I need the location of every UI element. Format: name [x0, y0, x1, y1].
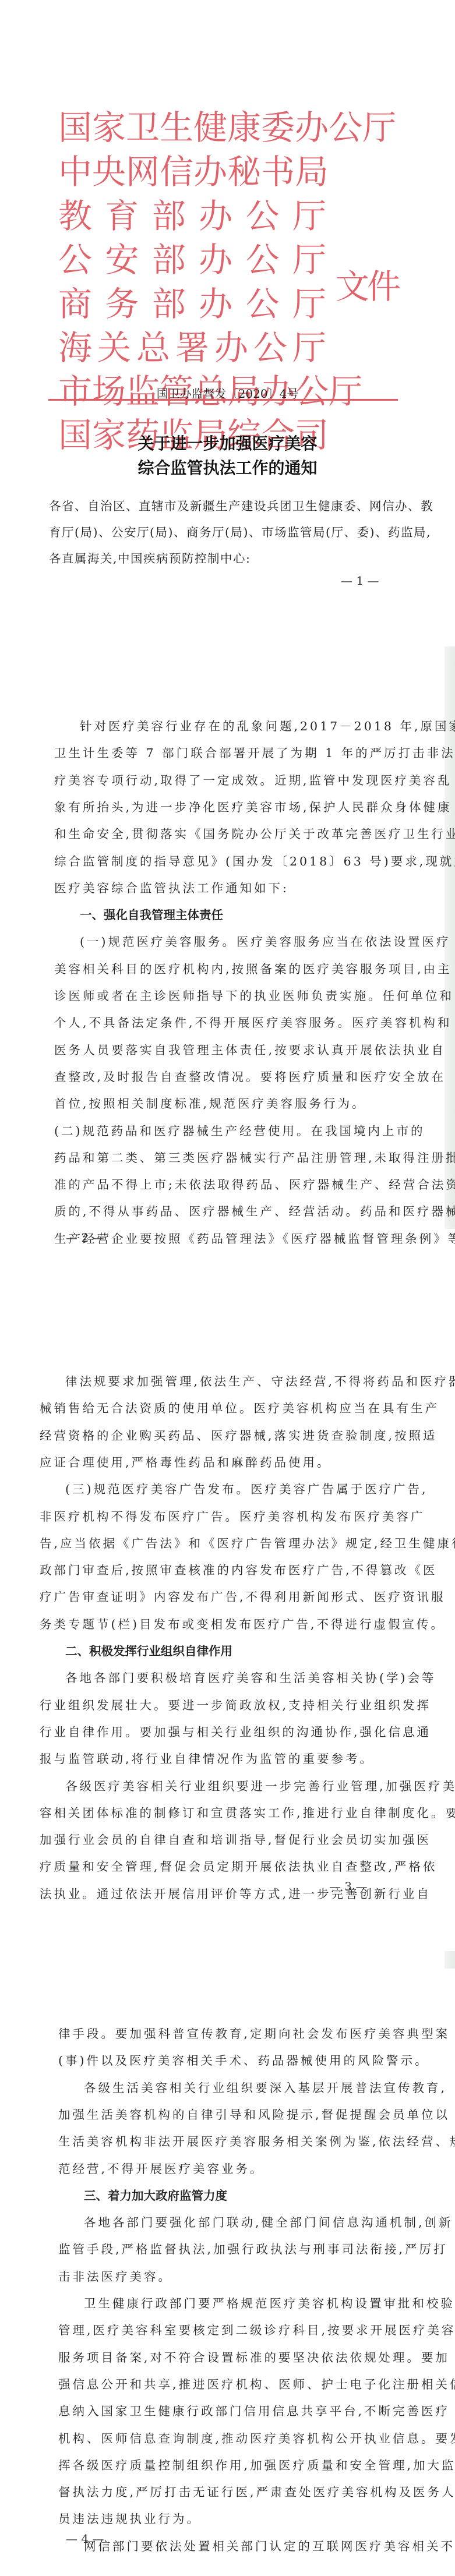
issuer-line: 公安部办公厅	[58, 242, 326, 278]
body-text-line: 卫生计生委等 7 部门联合部署开展了为期 1 年的严厉打击非法医	[54, 743, 455, 761]
issuer-char: 公	[246, 286, 280, 323]
page-3: 律法规要求加强管理,依法生产、守法经营,不得将药品和医疗器械销售给无合法资质的使…	[0, 1372, 455, 1896]
body-text-line: 强信息公开和共享,推进医疗机构、医师、护士电子化注册相关信	[58, 2374, 455, 2392]
body-text-line: 医务人员要落实自我管理主体责任,按要求认真开展依法执业自	[54, 1040, 446, 1058]
issuer-char: 海	[58, 330, 92, 366]
body-text-line: 告,应当依据《广告法》和《医疗广告管理办法》规定,经卫生健康行	[40, 1533, 455, 1551]
issuer-char: 办	[199, 242, 232, 278]
body-text-line: 应证合理使用,严格毒性药品和麻醉药品使用。	[40, 1453, 331, 1470]
issuer-char: 国	[58, 109, 92, 146]
issuer-char: 健	[193, 109, 227, 146]
page-number: — 4 —	[66, 2532, 104, 2546]
body-text-line: 诊医师或者在主诊医师指导下的执业医师负责实施。任何单位和	[54, 986, 454, 1003]
issuer-line: 教育部办公厅	[58, 198, 326, 235]
section-heading: 一、强化自我管理主体责任	[80, 905, 223, 923]
body-text-line: 综合监管制度的指导意见》(国办发〔2018〕63 号)要求,现就加强	[54, 851, 455, 869]
body-text-line: (一)规范医疗美容服务。医疗美容服务应当在依法设置医疗	[80, 932, 451, 949]
body-text-line: 非医疗机构不得发布医疗广告。医疗美容机构发布医疗美容广	[40, 1507, 425, 1524]
body-text-line: 机构、医师信息查询制度,推动医疗美容机构公开执业信息。要发	[58, 2429, 455, 2446]
body-text-line: 政部门审查后,按照审查核准的内容发布医疗广告,不得篡改《医	[40, 1560, 438, 1578]
body-text-line: 和生命安全,贯彻落实《国务院办公厅关于改革完善医疗卫生行业	[54, 824, 455, 842]
addressee-line: 各省、自治区、直辖市及新疆生产建设兵团卫生健康委、网信办、教	[49, 496, 433, 514]
issuer-char: 安	[105, 242, 139, 278]
issuer-char: 关	[97, 330, 131, 366]
body-text-line: 挥各级医疗质量控制组织作用,加强医疗质量和安全管理,加大监	[58, 2455, 455, 2473]
issuer-char: 办	[193, 154, 227, 190]
body-text-line: 医疗美容综合监管执法工作通知如下:	[54, 878, 289, 896]
red-rule-divider	[48, 399, 398, 401]
addressee-line: 各直属海关,中国疾病预防控制中心:	[49, 549, 251, 566]
issuer-line: 国家卫生健康委办公厅	[58, 109, 326, 146]
issuer-char: 部	[152, 198, 186, 235]
page-1: 国家卫生健康委办公厅 中央网信办秘书局 教育部办公厅 公安部办公厅 商务部办公厅…	[0, 0, 455, 588]
body-text-line: 查整改,及时报告自查整改情况。要将医疗质量和医疗安全放在	[54, 1067, 446, 1084]
issuer-char: 署	[175, 330, 209, 366]
issuer-char: 康	[227, 109, 261, 146]
body-text-line: (二)规范药品和医疗器械生产经营使用。在我国境内上市的	[54, 1121, 425, 1139]
issuer-char: 厅	[292, 198, 326, 235]
issuer-char: 厅	[292, 330, 326, 366]
body-text-line: (三)规范医疗美容广告发布。医疗美容广告属于医疗广告,	[65, 1479, 428, 1497]
addressee-line: 育厅(局)、公安厅(局)、商务厅(局)、市场监管局(厅、委)、药监局,	[49, 522, 431, 540]
body-text-line: 象有所抬头,为进一步净化医疗美容市场,保护人民群众身体健康	[54, 797, 452, 815]
issuer-char: 公	[329, 109, 362, 146]
body-text-line: 行业组织发展壮大。要进一步简政放权,支持相关行业组织发挥	[40, 1695, 431, 1713]
body-text-line: 各地各部门要积极培育医疗美容和生活美容相关协(学)会等	[65, 1668, 436, 1685]
issuer-char: 央	[92, 154, 126, 190]
body-text-line: 加强生活美容机构的自律引导和风险提示,督促提醒会员单位以	[58, 2105, 450, 2122]
issuer-char: 网	[126, 154, 160, 190]
body-text-line: 报与监管联动,将行业自律情况作为监管的重要参考。	[40, 1749, 374, 1766]
issuer-char: 卫	[126, 109, 160, 146]
issuer-char: 厅	[292, 242, 326, 278]
body-text-line: 管理,医疗美容科室要核定到二级诊疗科目,按要求开展医疗美容	[58, 2320, 455, 2338]
body-text-line: 针对医疗美容行业存在的乱象问题,2017－2018 年,原国家	[80, 716, 455, 734]
body-text-line: 各地各部门要强化部门联动,健全部门间信息沟通机制,创新	[84, 2213, 453, 2230]
issuer-char: 办	[199, 286, 232, 323]
body-text-line: (事)件以及医疗美容相关手术、药品器械使用的风险警示。	[58, 2051, 429, 2068]
issuer-char: 厅	[362, 109, 396, 146]
issuer-char: 家	[92, 109, 126, 146]
body-text-line: 个人,不具备法定条件,不得开展医疗美容服务。医疗美容机构和	[54, 1013, 452, 1030]
body-text-line: 疗质量和安全管理,督促会员定期开展依法执业自查整改,严格依	[40, 1857, 438, 1874]
body-text-line: 法执业。通过依法开展信用评价等方式,进一步完善创新行业自	[40, 1884, 431, 1902]
body-text-line: 督执法力度,严厉打击无证行医,严肃查处医疗美容机构及医务人	[58, 2482, 455, 2500]
issuer-char: 办	[214, 330, 248, 366]
body-text-line: 各级医疗美容相关行业组织要进一步完善行业管理,加强医疗美	[65, 1776, 455, 1794]
body-text-line: 药品和第二类、第三类医疗器械实行产品注册管理,未取得注册批	[54, 1148, 455, 1165]
body-text-line: 律手段。要加强科普宣传教育,定期向社会发布医疗美容典型案	[58, 2024, 450, 2041]
issuer-char: 公	[246, 242, 280, 278]
page-4: 律手段。要加强科普宣传教育,定期向社会发布医疗美容典型案(事)件以及医疗美容相关…	[0, 2024, 455, 2548]
body-text-line: 范经营,不得开展医疗美容业务。	[58, 2159, 264, 2176]
page-2: 针对医疗美容行业存在的乱象问题,2017－2018 年,原国家卫生计生委等 7 …	[0, 716, 455, 1241]
page-number: — 2 —	[66, 1231, 104, 1245]
body-text-line: 疗广告审查证明》内容发布广告,不得利用新闻形式、医疗资讯服	[40, 1587, 446, 1605]
body-text-line: 律法规要求加强管理,依法生产、守法经营,不得将药品和医疗器	[65, 1372, 455, 1389]
page-number: — 3 —	[329, 1879, 367, 1893]
body-text-line: 准的产品不得上市;未依法取得药品、医疗器械生产、经营合法资	[54, 1175, 455, 1192]
issuer-char: 生	[160, 109, 193, 146]
issuer-line: 商务部办公厅	[58, 286, 326, 323]
body-text-line: 服务项目备案,对不符合设置标准的要坚决依法依规处理。要加	[58, 2348, 450, 2365]
document-title-line-2: 综合监管执法工作的通知	[0, 455, 455, 479]
issuer-char: 办	[199, 198, 232, 235]
body-text-line: 务类专题节(栏)目发布或变相发布医疗广告,不得进行虚假宣传。	[40, 1614, 445, 1632]
issuer-char: 务	[105, 286, 139, 323]
body-text-line: 容相关团体标准的制修订和宣贯落实工作,推进行业自律制度化。要	[40, 1803, 455, 1821]
issuer-line: 中央网信办秘书局	[58, 154, 326, 190]
page-number: — 1 —	[341, 574, 379, 588]
body-text-line: 卫生健康行政部门要严格规范医疗美容机构设置审批和校验	[84, 2294, 455, 2311]
issuer-char: 办	[295, 109, 329, 146]
issuer-line: 海关总署办公厅	[58, 330, 326, 366]
body-text-line: 各级生活美容相关行业组织要深入基层开展普法宣传教育,	[84, 2078, 447, 2096]
body-text-line: 械销售给无合法资质的使用单位。医疗美容机构应当在具有生产	[40, 1398, 439, 1416]
issuer-char: 书	[261, 154, 295, 190]
body-text-line: 击非法医疗美容。	[58, 2267, 172, 2284]
body-text-line: 息纳入国家卫生健康行政部门信用信息共享平台,不断完善医疗	[58, 2401, 450, 2419]
issuer-char: 中	[58, 154, 92, 190]
scan-edge-shadow	[445, 1951, 455, 1969]
issuer-char: 商	[58, 286, 92, 323]
body-text-line: 质的,不得从事药品、医疗器械生产、经营活动。药品和医疗器械	[54, 1202, 455, 1219]
issuer-char: 总	[136, 330, 170, 366]
issuer-char: 部	[152, 286, 186, 323]
body-text-line: 首位,按照相关制度标准,规范医疗美容服务行为。	[54, 1094, 366, 1111]
issuer-char: 厅	[292, 286, 326, 323]
body-text-line: 经营资格的企业购买药品、医疗器械,落实进货查验制度,按照适	[40, 1426, 438, 1443]
body-text-line: 监管手段,严格监督执法,加强行政执法与刑事司法衔接,严厉打	[58, 2239, 448, 2257]
issuer-char: 信	[160, 154, 193, 190]
issuer-char: 公	[253, 330, 287, 366]
issuer-char: 公	[246, 198, 280, 235]
body-text-line: 加强行业会员的自律自查和培训指导,督促行业会员切实加强医	[40, 1830, 431, 1847]
body-text-line: 网信部门要依法处置相关部门认定的互联网医疗美容相关不	[84, 2536, 455, 2554]
body-text-line: 行业自律作用。要加强与相关行业组织的沟通协作,强化信息通	[40, 1722, 431, 1740]
document-suffix: 文件	[336, 259, 398, 308]
section-heading: 三、着力加大政府监管力度	[84, 2186, 227, 2203]
body-text-line: 员违法违规执业行为。	[58, 2509, 201, 2526]
body-text-line: 生产经营企业要按照《药品管理法》《医疗器械监督管理条例》等法	[54, 1229, 455, 1246]
issuer-char: 秘	[227, 154, 261, 190]
issuer-char: 教	[58, 198, 92, 235]
issuer-char: 局	[295, 154, 329, 190]
document-title-line-1: 关于进一步加强医疗美容	[0, 431, 455, 454]
body-text-line: 美容相关科目的医疗机构内,按照备案的医疗美容服务项目,由主	[54, 959, 452, 977]
issuer-char: 公	[58, 242, 92, 278]
issuer-char: 委	[261, 109, 295, 146]
section-heading: 二、积极发挥行业组织自律作用	[65, 1641, 232, 1659]
issuer-char: 育	[105, 198, 139, 235]
body-text-line: 生活美容机构非法开展医疗美容服务相关案例为鉴,依法经营、规	[58, 2132, 455, 2149]
body-text-line: 疗美容专项行动,取得了一定成效。近期,监管中发现医疗美容乱	[54, 771, 452, 788]
issuer-char: 部	[152, 242, 186, 278]
